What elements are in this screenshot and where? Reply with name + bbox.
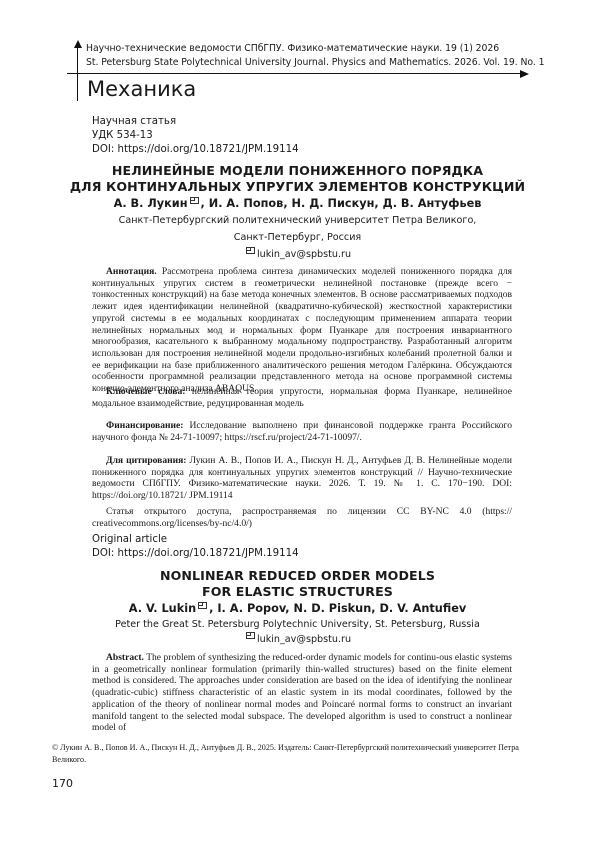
header-axis-horizontal-line — [67, 73, 522, 74]
abstract-label-ru: Аннотация. — [106, 266, 157, 277]
citation-label-ru: Для цитирования: — [106, 455, 186, 466]
affiliation-en: Peter the Great St. Petersburg Polytechn… — [0, 619, 595, 630]
title-ru-line2: ДЛЯ КОНТИНУАЛЬНЫХ УПРУГИХ ЭЛЕМЕНТОВ КОНС… — [0, 179, 595, 194]
abstract-text-ru: Рассмотрена проблема синтеза динамически… — [92, 266, 512, 394]
license-text-ru: Статья открытого доступа, распространяем… — [92, 506, 512, 529]
keywords-label-ru: Ключевые слова: — [106, 386, 185, 397]
page-number: 170 — [52, 777, 73, 790]
authors-ru: А. В. Лукин, И. А. Попов, Н. Д. Пискун, … — [0, 197, 595, 210]
funding-ru: Финансирование: Исследование выполнено п… — [92, 420, 512, 443]
envelope-icon — [198, 602, 207, 609]
header-axis-arrow-right-icon — [520, 70, 529, 78]
envelope-icon — [246, 632, 255, 639]
email-en[interactable]: lukin_av@spbstu.ru — [257, 634, 351, 645]
section-title: Механика — [87, 77, 196, 101]
authors-rest-en: , I. A. Popov, N. D. Piskun, D. V. Antuf… — [209, 602, 466, 615]
journal-title-en: St. Petersburg State Polytechnical Unive… — [86, 57, 545, 68]
doi-en[interactable]: DOI: https://doi.org/10.18721/JPM.19114 — [92, 548, 299, 559]
affiliation-ru-line2: Санкт-Петербург, Россия — [0, 232, 595, 243]
email-ru-line: lukin_av@spbstu.ru — [0, 249, 595, 260]
email-en-line: lukin_av@spbstu.ru — [0, 634, 595, 645]
title-en-line1: NONLINEAR REDUCED ORDER MODELS — [0, 568, 595, 583]
author-corresponding-en: A. V. Lukin — [129, 602, 196, 615]
doi-ru[interactable]: DOI: https://doi.org/10.18721/JPM.19114 — [92, 144, 299, 155]
author-corresponding-ru: А. В. Лукин — [114, 197, 188, 210]
abstract-ru: Аннотация. Рассмотрена проблема синтеза … — [92, 266, 512, 395]
title-ru-line1: НЕЛИНЕЙНЫЕ МОДЕЛИ ПОНИЖЕННОГО ПОРЯДКА — [0, 163, 595, 178]
email-ru[interactable]: lukin_av@spbstu.ru — [257, 249, 351, 260]
authors-rest-ru: , И. А. Попов, Н. Д. Пискун, Д. В. Антуф… — [201, 197, 482, 210]
abstract-en: Abstract. The problem of synthesizing th… — [92, 652, 512, 734]
envelope-icon — [246, 247, 255, 254]
title-en-line2: FOR ELASTIC STRUCTURES — [0, 584, 595, 599]
journal-title-ru: Научно-технические ведомости СПбГПУ. Физ… — [86, 43, 499, 54]
license-ru: Статья открытого доступа, распространяем… — [92, 506, 512, 529]
article-type-ru: Научная статья — [92, 116, 176, 127]
affiliation-ru-line1: Санкт-Петербургский политехнический унив… — [0, 215, 595, 226]
copyright-footnote: © Лукин А. В., Попов И. А., Пискун Н. Д.… — [52, 742, 544, 765]
keywords-ru: Ключевые слова: нелинейная теория упруго… — [92, 386, 512, 409]
envelope-icon — [190, 197, 199, 204]
funding-label-ru: Финансирование: — [106, 420, 183, 431]
udk: УДК 534-13 — [92, 130, 153, 141]
authors-en: A. V. Lukin, I. A. Popov, N. D. Piskun, … — [0, 602, 595, 615]
abstract-label-en: Abstract. — [106, 652, 144, 663]
abstract-text-en: The problem of synthesizing the reduced-… — [92, 652, 512, 733]
article-type-en: Original article — [92, 534, 167, 545]
citation-ru: Для цитирования: Лукин А. В., Попов И. А… — [92, 455, 512, 502]
